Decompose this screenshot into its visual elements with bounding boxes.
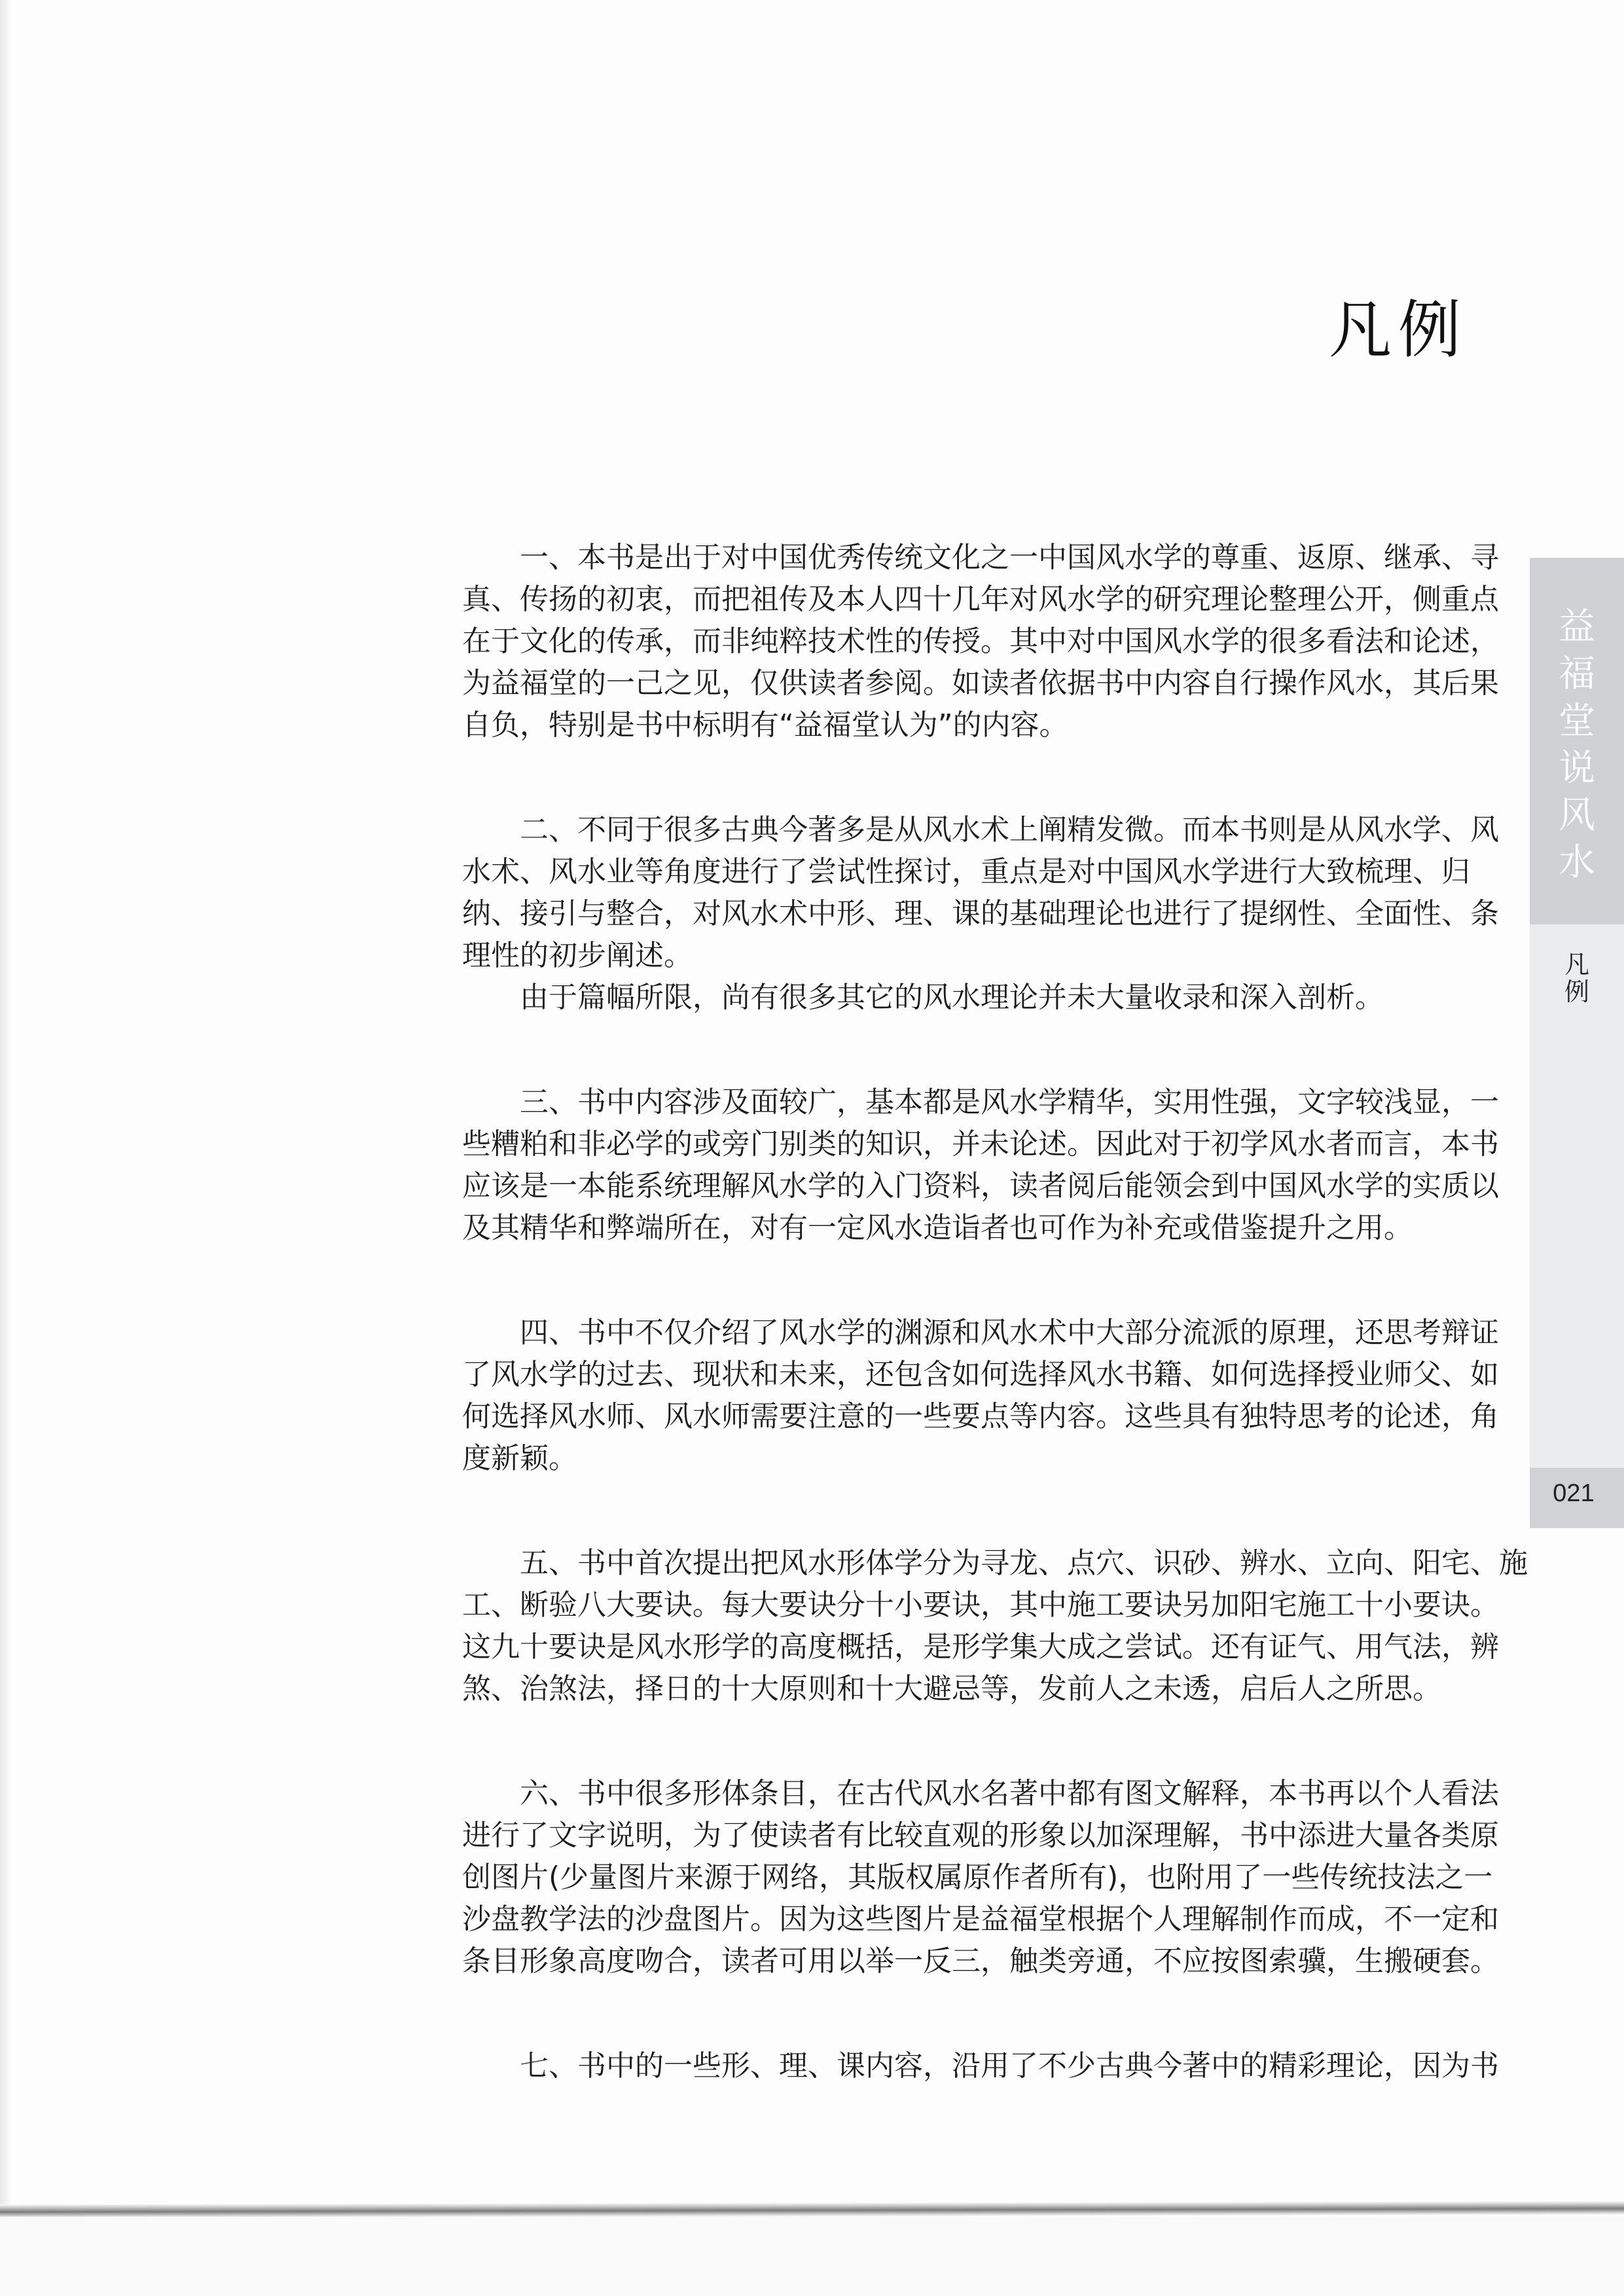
paragraph-line: 六、书中很多形体条目，在古代风水名著中都有图文解释，本书再以个人看法 — [462, 1773, 1470, 1815]
chapter-char: 凡 — [1564, 951, 1589, 978]
paragraph-line: 了风水学的过去、现状和未来，还包含如何选择风水书籍、如何选择授业师父、如 — [462, 1354, 1470, 1396]
paragraph-line: 这九十要诀是风水形学的高度概括，是形学集大成之尝试。还有证气、用气法，辨 — [462, 1626, 1470, 1668]
paragraph-3: 三、书中内容涉及面较广，基本都是风水学精华，实用性强，文字较浅显，一 些糟粕和非… — [462, 1082, 1470, 1249]
paragraph-gap — [462, 1710, 1470, 1773]
paragraph-line: 在于文化的传承，而非纯粹技术性的传授。其中对中国风水学的很多看法和论述， — [462, 621, 1470, 663]
page-bottom-edge — [0, 2200, 1624, 2218]
book-title-char: 益 — [1559, 604, 1595, 651]
paragraph-continuation: 由于篇幅所限，尚有很多其它的风水理论并未大量收录和深入剖析。 — [462, 977, 1470, 1019]
book-title-char: 水 — [1559, 839, 1595, 886]
scanner-bed — [0, 2217, 1624, 2296]
page-number: 021 — [1530, 1480, 1617, 1508]
paragraph-line: 及其精华和弊端所在，对有一定风水造诣者也可作为补充或借鉴提升之用。 — [462, 1207, 1470, 1249]
page-gutter-shadow — [0, 0, 12, 2296]
paragraph-line: 为益福堂的一己之见，仅供读者参阅。如读者依据书中内容自行操作风水，其后果 — [462, 663, 1470, 704]
paragraph-gap — [462, 1019, 1470, 1082]
side-tab-page-number: 021 — [1530, 1468, 1624, 1528]
paragraph-line: 真、传扬的初衷，而把祖传及本人四十几年对风水学的研究理论整理公开，侧重点 — [462, 579, 1470, 621]
book-page: 凡例 一、本书是出于对中国优秀传统文化之一中国风水学的尊重、返原、继承、寻 真、… — [0, 0, 1624, 2296]
paragraph-1: 一、本书是出于对中国优秀传统文化之一中国风水学的尊重、返原、继承、寻 真、传扬的… — [462, 537, 1470, 746]
paragraph-gap — [462, 1249, 1470, 1312]
paragraph-line: 五、书中首次提出把风水形体学分为寻龙、点穴、识砂、辨水、立向、阳宅、施 — [462, 1542, 1470, 1584]
paragraph-5: 五、书中首次提出把风水形体学分为寻龙、点穴、识砂、辨水、立向、阳宅、施 工、断验… — [462, 1542, 1470, 1710]
paragraph-line: 何选择风水师、风水师需要注意的一些要点等内容。这些具有独特思考的论述，角 — [462, 1396, 1470, 1438]
paragraph-line: 些糟粕和非必学的或旁门别类的知识，并未论述。因此对于初学风水者而言，本书 — [462, 1123, 1470, 1165]
body-text: 一、本书是出于对中国优秀传统文化之一中国风水学的尊重、返原、继承、寻 真、传扬的… — [462, 537, 1470, 2087]
paragraph-gap — [462, 1480, 1470, 1542]
book-title-char: 风 — [1559, 792, 1595, 839]
chapter-char: 例 — [1564, 978, 1589, 1006]
page-title: 凡例 — [1329, 299, 1468, 361]
book-title-char: 堂 — [1559, 698, 1595, 745]
paragraph-line: 一、本书是出于对中国优秀传统文化之一中国风水学的尊重、返原、继承、寻 — [462, 537, 1470, 579]
paragraph-2: 二、不同于很多古典今著多是从风水术上阐精发微。而本书则是从风水学、风 水术、风水… — [462, 809, 1470, 1019]
paragraph-line: 理性的初步阐述。 — [462, 935, 1470, 977]
paragraph-line: 条目形象高度吻合，读者可用以举一反三，触类旁通，不应按图索骥，生搬硬套。 — [462, 1941, 1470, 1982]
paragraph-line: 三、书中内容涉及面较广，基本都是风水学精华，实用性强，文字较浅显，一 — [462, 1082, 1470, 1123]
paragraph-7: 七、书中的一些形、理、课内容，沿用了不少古典今著中的精彩理论，因为书 — [462, 2045, 1470, 2087]
paragraph-4: 四、书中不仅介绍了风水学的渊源和风水术中大部分流派的原理，还思考辩证 了风水学的… — [462, 1312, 1470, 1480]
paragraph-line: 水术、风水业等角度进行了尝试性探讨，重点是对中国风水学进行大致梳理、归 — [462, 851, 1470, 893]
paragraph-line: 创图片(少量图片来源于网络，其版权属原作者所有)，也附用了一些传统技法之一 — [462, 1857, 1470, 1899]
paragraph-line: 二、不同于很多古典今著多是从风水术上阐精发微。而本书则是从风水学、风 — [462, 809, 1470, 851]
book-title-char: 福 — [1559, 651, 1595, 698]
book-title-char: 说 — [1559, 745, 1595, 792]
paragraph-line: 四、书中不仅介绍了风水学的渊源和风水术中大部分流派的原理，还思考辩证 — [462, 1312, 1470, 1354]
side-tab-book-title: 益 福 堂 说 风 水 — [1530, 558, 1624, 924]
paragraph-6: 六、书中很多形体条目，在古代风水名著中都有图文解释，本书再以个人看法 进行了文字… — [462, 1773, 1470, 1982]
side-tab-chapter: 凡 例 — [1530, 924, 1624, 1468]
paragraph-line: 度新颖。 — [462, 1438, 1470, 1480]
book-title-vertical: 益 福 堂 说 风 水 — [1530, 604, 1624, 886]
paragraph-line: 七、书中的一些形、理、课内容，沿用了不少古典今著中的精彩理论，因为书 — [462, 2045, 1470, 2087]
paragraph-line: 应该是一本能系统理解风水学的入门资料，读者阅后能领会到中国风水学的实质以 — [462, 1165, 1470, 1207]
paragraph-line: 工、断验八大要诀。每大要诀分十小要诀，其中施工要诀另加阳宅施工十小要诀。 — [462, 1584, 1470, 1626]
paragraph-line: 煞、治煞法，择日的十大原则和十大避忌等，发前人之未透，启后人之所思。 — [462, 1668, 1470, 1710]
paragraph-gap — [462, 746, 1470, 809]
paragraph-line: 自负，特别是书中标明有“益福堂认为”的内容。 — [462, 704, 1470, 746]
paragraph-line: 进行了文字说明，为了使读者有比较直观的形象以加深理解，书中添进大量各类原 — [462, 1815, 1470, 1857]
chapter-label-vertical: 凡 例 — [1530, 951, 1624, 1006]
paragraph-line: 沙盘教学法的沙盘图片。因为这些图片是益福堂根据个人理解制作而成，不一定和 — [462, 1899, 1470, 1941]
paragraph-line: 纳、接引与整合，对风水术中形、理、课的基础理论也进行了提纲性、全面性、条 — [462, 893, 1470, 935]
paragraph-gap — [462, 1982, 1470, 2045]
